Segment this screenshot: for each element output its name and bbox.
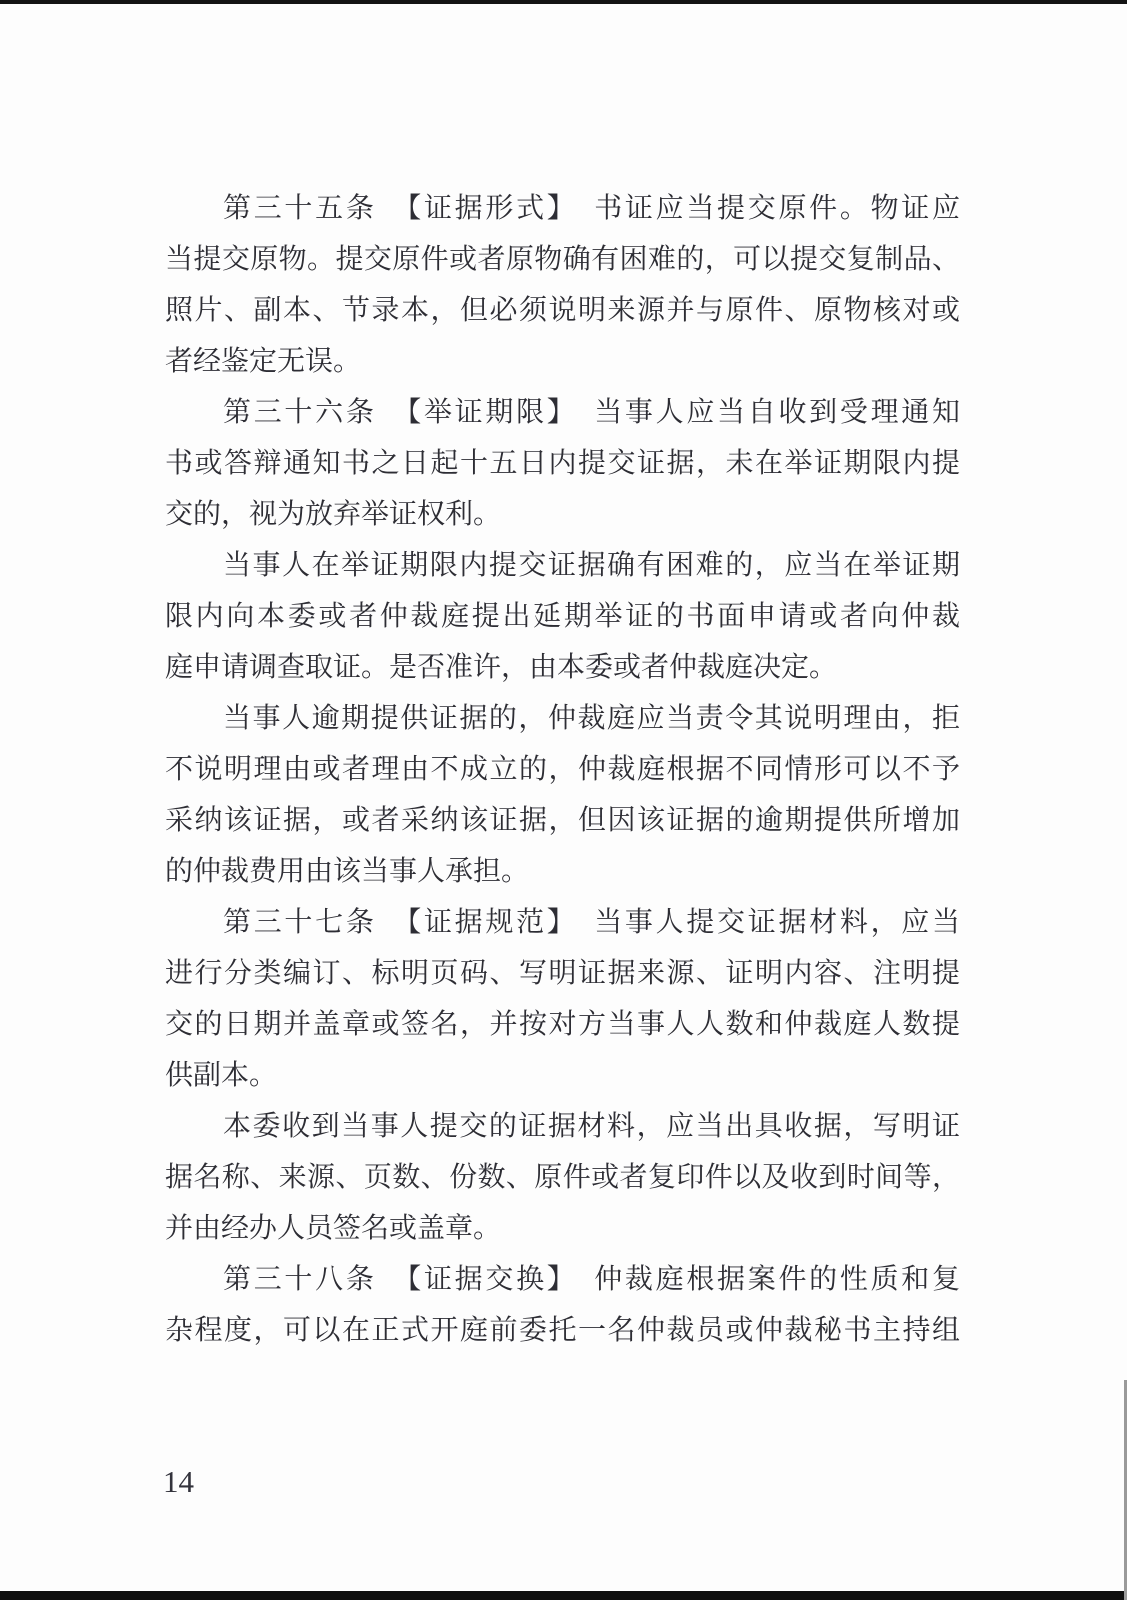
scan-edge-top bbox=[0, 0, 1127, 4]
text-line: 进行分类编订、标明页码、写明证据来源、证明内容、注明提 bbox=[165, 947, 960, 998]
scan-edge-bottom bbox=[0, 1591, 1127, 1600]
text-line: 的仲裁费用由该当事人承担。 bbox=[165, 845, 960, 896]
text-line: 书或答辩通知书之日起十五日内提交证据，未在举证期限内提 bbox=[165, 437, 960, 488]
text-line: 限内向本委或者仲裁庭提出延期举证的书面申请或者向仲裁 bbox=[165, 590, 960, 641]
text-line: 并由经办人员签名或盖章。 bbox=[165, 1202, 960, 1253]
text-line: 照片、副本、节录本，但必须说明来源并与原件、原物核对或 bbox=[165, 284, 960, 335]
text-line: 杂程度，可以在正式开庭前委托一名仲裁员或仲裁秘书主持组 bbox=[165, 1304, 960, 1355]
article-37-heading-line: 第三十七条 【证据规范】 当事人提交证据材料，应当 bbox=[165, 896, 960, 947]
article-38-heading-line: 第三十八条 【证据交换】 仲裁庭根据案件的性质和复 bbox=[165, 1253, 960, 1304]
page-number: 14 bbox=[163, 1462, 194, 1502]
text-line: 不说明理由或者理由不成立的，仲裁庭根据不同情形可以不予 bbox=[165, 743, 960, 794]
article-text-block: 第三十五条 【证据形式】 书证应当提交原件。物证应 当提交原物。提交原件或者原物… bbox=[165, 182, 960, 1355]
text-line: 庭申请调查取证。是否准许，由本委或者仲裁庭决定。 bbox=[165, 641, 960, 692]
text-line: 供副本。 bbox=[165, 1049, 960, 1100]
text-line: 交的日期并盖章或签名，并按对方当事人人数和仲裁庭人数提 bbox=[165, 998, 960, 1049]
text-line: 者经鉴定无误。 bbox=[165, 335, 960, 386]
text-line: 据名称、来源、页数、份数、原件或者复印件以及收到时间等， bbox=[165, 1151, 960, 1202]
document-page: 第三十五条 【证据形式】 书证应当提交原件。物证应 当提交原物。提交原件或者原物… bbox=[0, 0, 1127, 1600]
paragraph-start-line: 当事人在举证期限内提交证据确有困难的，应当在举证期 bbox=[165, 539, 960, 590]
text-line: 采纳该证据，或者采纳该证据，但因该证据的逾期提供所增加 bbox=[165, 794, 960, 845]
paragraph-start-line: 当事人逾期提供证据的，仲裁庭应当责令其说明理由，拒 bbox=[165, 692, 960, 743]
text-line: 当提交原物。提交原件或者原物确有困难的，可以提交复制品、 bbox=[165, 233, 960, 284]
article-35-heading-line: 第三十五条 【证据形式】 书证应当提交原件。物证应 bbox=[165, 182, 960, 233]
article-36-heading-line: 第三十六条 【举证期限】 当事人应当自收到受理通知 bbox=[165, 386, 960, 437]
text-line: 交的，视为放弃举证权利。 bbox=[165, 488, 960, 539]
paragraph-start-line: 本委收到当事人提交的证据材料，应当出具收据，写明证 bbox=[165, 1100, 960, 1151]
